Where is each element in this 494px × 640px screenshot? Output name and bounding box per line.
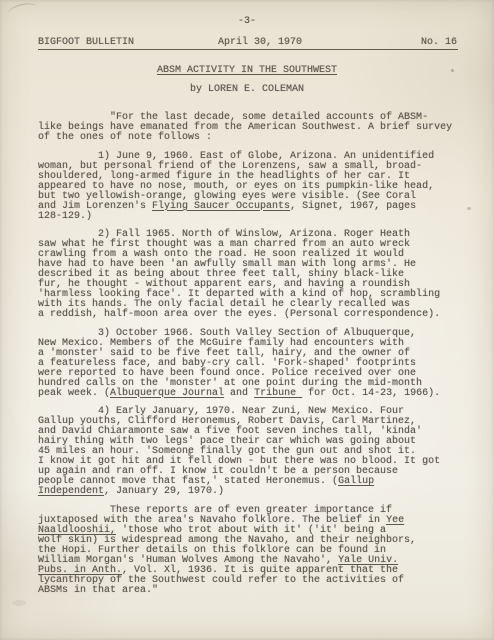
- masthead-title: BIGFOOT BULLETIN: [38, 38, 134, 48]
- paragraph: 4) Early January, 1970. Near Zuni, New M…: [38, 407, 458, 497]
- paragraph: 2) Fall 1965. North of Winslow, Arizona.…: [38, 230, 458, 320]
- document-page: -3- BIGFOOT BULLETIN April 30, 1970 No. …: [0, 0, 494, 640]
- text-line: and Jim Lorenzen's Flying Saucer Occupan…: [38, 202, 458, 212]
- ink-speck: [451, 69, 454, 72]
- paragraph: These reports are of even greater import…: [38, 506, 458, 596]
- masthead: BIGFOOT BULLETIN April 30, 1970 No. 16: [38, 38, 458, 50]
- article-byline: by LOREN E. COLEMAN: [0, 85, 494, 95]
- text-segment: a reddish, half-moon area over the eyes.…: [38, 309, 440, 320]
- article-title-text: ABSM ACTIVITY IN THE SOUTHWEST: [157, 65, 337, 76]
- paragraph: 3) October 1966. South Valley Section of…: [38, 329, 458, 399]
- text-segment: ABSMs in that area.": [38, 585, 158, 596]
- text-line: a reddish, half-moon area over the eyes.…: [38, 310, 458, 320]
- text-segment: of the ones of note follows :: [38, 132, 212, 143]
- masthead-date: April 30, 1970: [218, 38, 302, 48]
- text-segment: , January 29, 1970.): [104, 486, 224, 497]
- paragraph: 1) June 9, 1960. East of Globe, Arizona.…: [38, 152, 458, 222]
- ink-speck: [467, 207, 471, 210]
- text-segment: peak week. (: [38, 388, 110, 399]
- underlined-text: Tribune: [254, 388, 302, 399]
- article-body: "For the last decade, some detailed acco…: [38, 113, 458, 604]
- paper-smudge: [12, 600, 26, 606]
- text-line: of the ones of note follows :: [38, 133, 458, 143]
- page-number: -3-: [0, 17, 494, 27]
- underlined-text: Albuquerque Journal: [110, 388, 224, 399]
- text-segment: , Signet, 1967, pages: [290, 201, 416, 212]
- text-line: Independent, January 29, 1970.): [38, 487, 458, 497]
- text-line: ABSMs in that area.": [38, 586, 458, 596]
- underlined-text: Flying Saucer Occupants: [152, 201, 290, 212]
- underlined-text: Independent: [38, 486, 104, 497]
- underlined-text: Yee: [386, 515, 404, 526]
- underlined-text: Gallup: [338, 476, 374, 487]
- ink-speck: [188, 452, 191, 456]
- text-line: 128-129.): [38, 212, 458, 222]
- text-segment: and: [224, 388, 254, 399]
- paragraph: "For the last decade, some detailed acco…: [38, 113, 458, 143]
- text-line: peak week. (Albuquerque Journal and Trib…: [38, 389, 458, 399]
- article-title: ABSM ACTIVITY IN THE SOUTHWEST: [0, 66, 494, 76]
- text-segment: 128-129.): [38, 211, 92, 222]
- text-segment: for Oct. 14-23, 1966).: [302, 388, 440, 399]
- masthead-issue: No. 16: [421, 38, 457, 48]
